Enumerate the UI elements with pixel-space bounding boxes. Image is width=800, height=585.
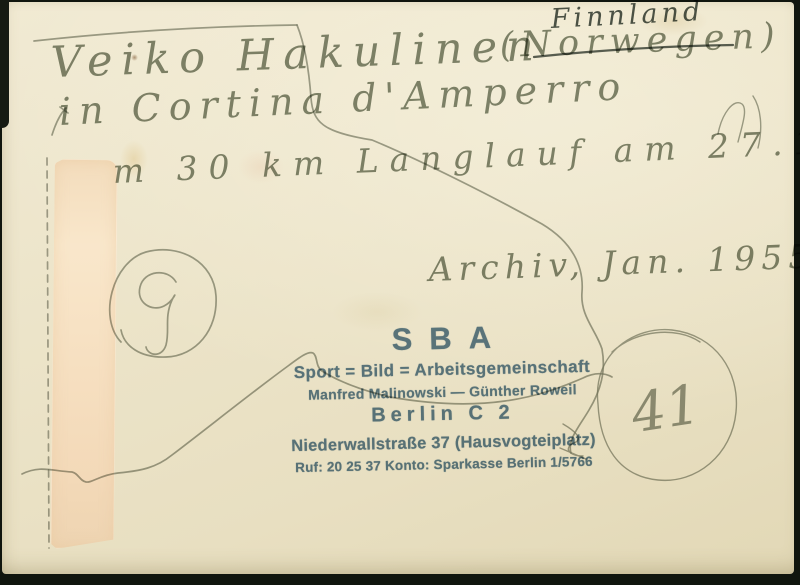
pencil-doodle-loop (139, 273, 176, 355)
stamp-city: Berlin C 2 (287, 399, 599, 429)
stamp-street: Niederwallstraße 37 (Hausvogteiplatz) (287, 430, 599, 456)
handwritten-archive-line: Archiv, Jan. 1955 (428, 237, 800, 289)
stamp-organization: Sport = Bild = Arbeitsgemeinschaft (286, 356, 598, 383)
stamp-phone-account: Ruf: 20 25 37 Konto: Sparkasse Berlin 1/… (288, 453, 600, 475)
stamp-abbreviation: SBA (285, 320, 598, 359)
handwritten-event-line: m 30 km Langlauf am 27.1.56 (112, 119, 800, 191)
tape-strip (50, 159, 117, 550)
archive-number: 41 (626, 372, 705, 445)
photo-paper: Veiko Hakulinen (Norwegen) Finnland in C… (2, 2, 794, 574)
scan-edge-patch (0, 0, 9, 128)
scanned-photo-back: Veiko Hakulinen (Norwegen) Finnland in C… (0, 0, 800, 585)
pencil-dashed-line (47, 158, 49, 548)
pencil-circle-41 (597, 330, 736, 481)
agency-stamp: SBA Sport = Bild = Arbeitsgemeinschaft M… (285, 320, 600, 475)
pencil-doodle-oval (110, 250, 216, 357)
